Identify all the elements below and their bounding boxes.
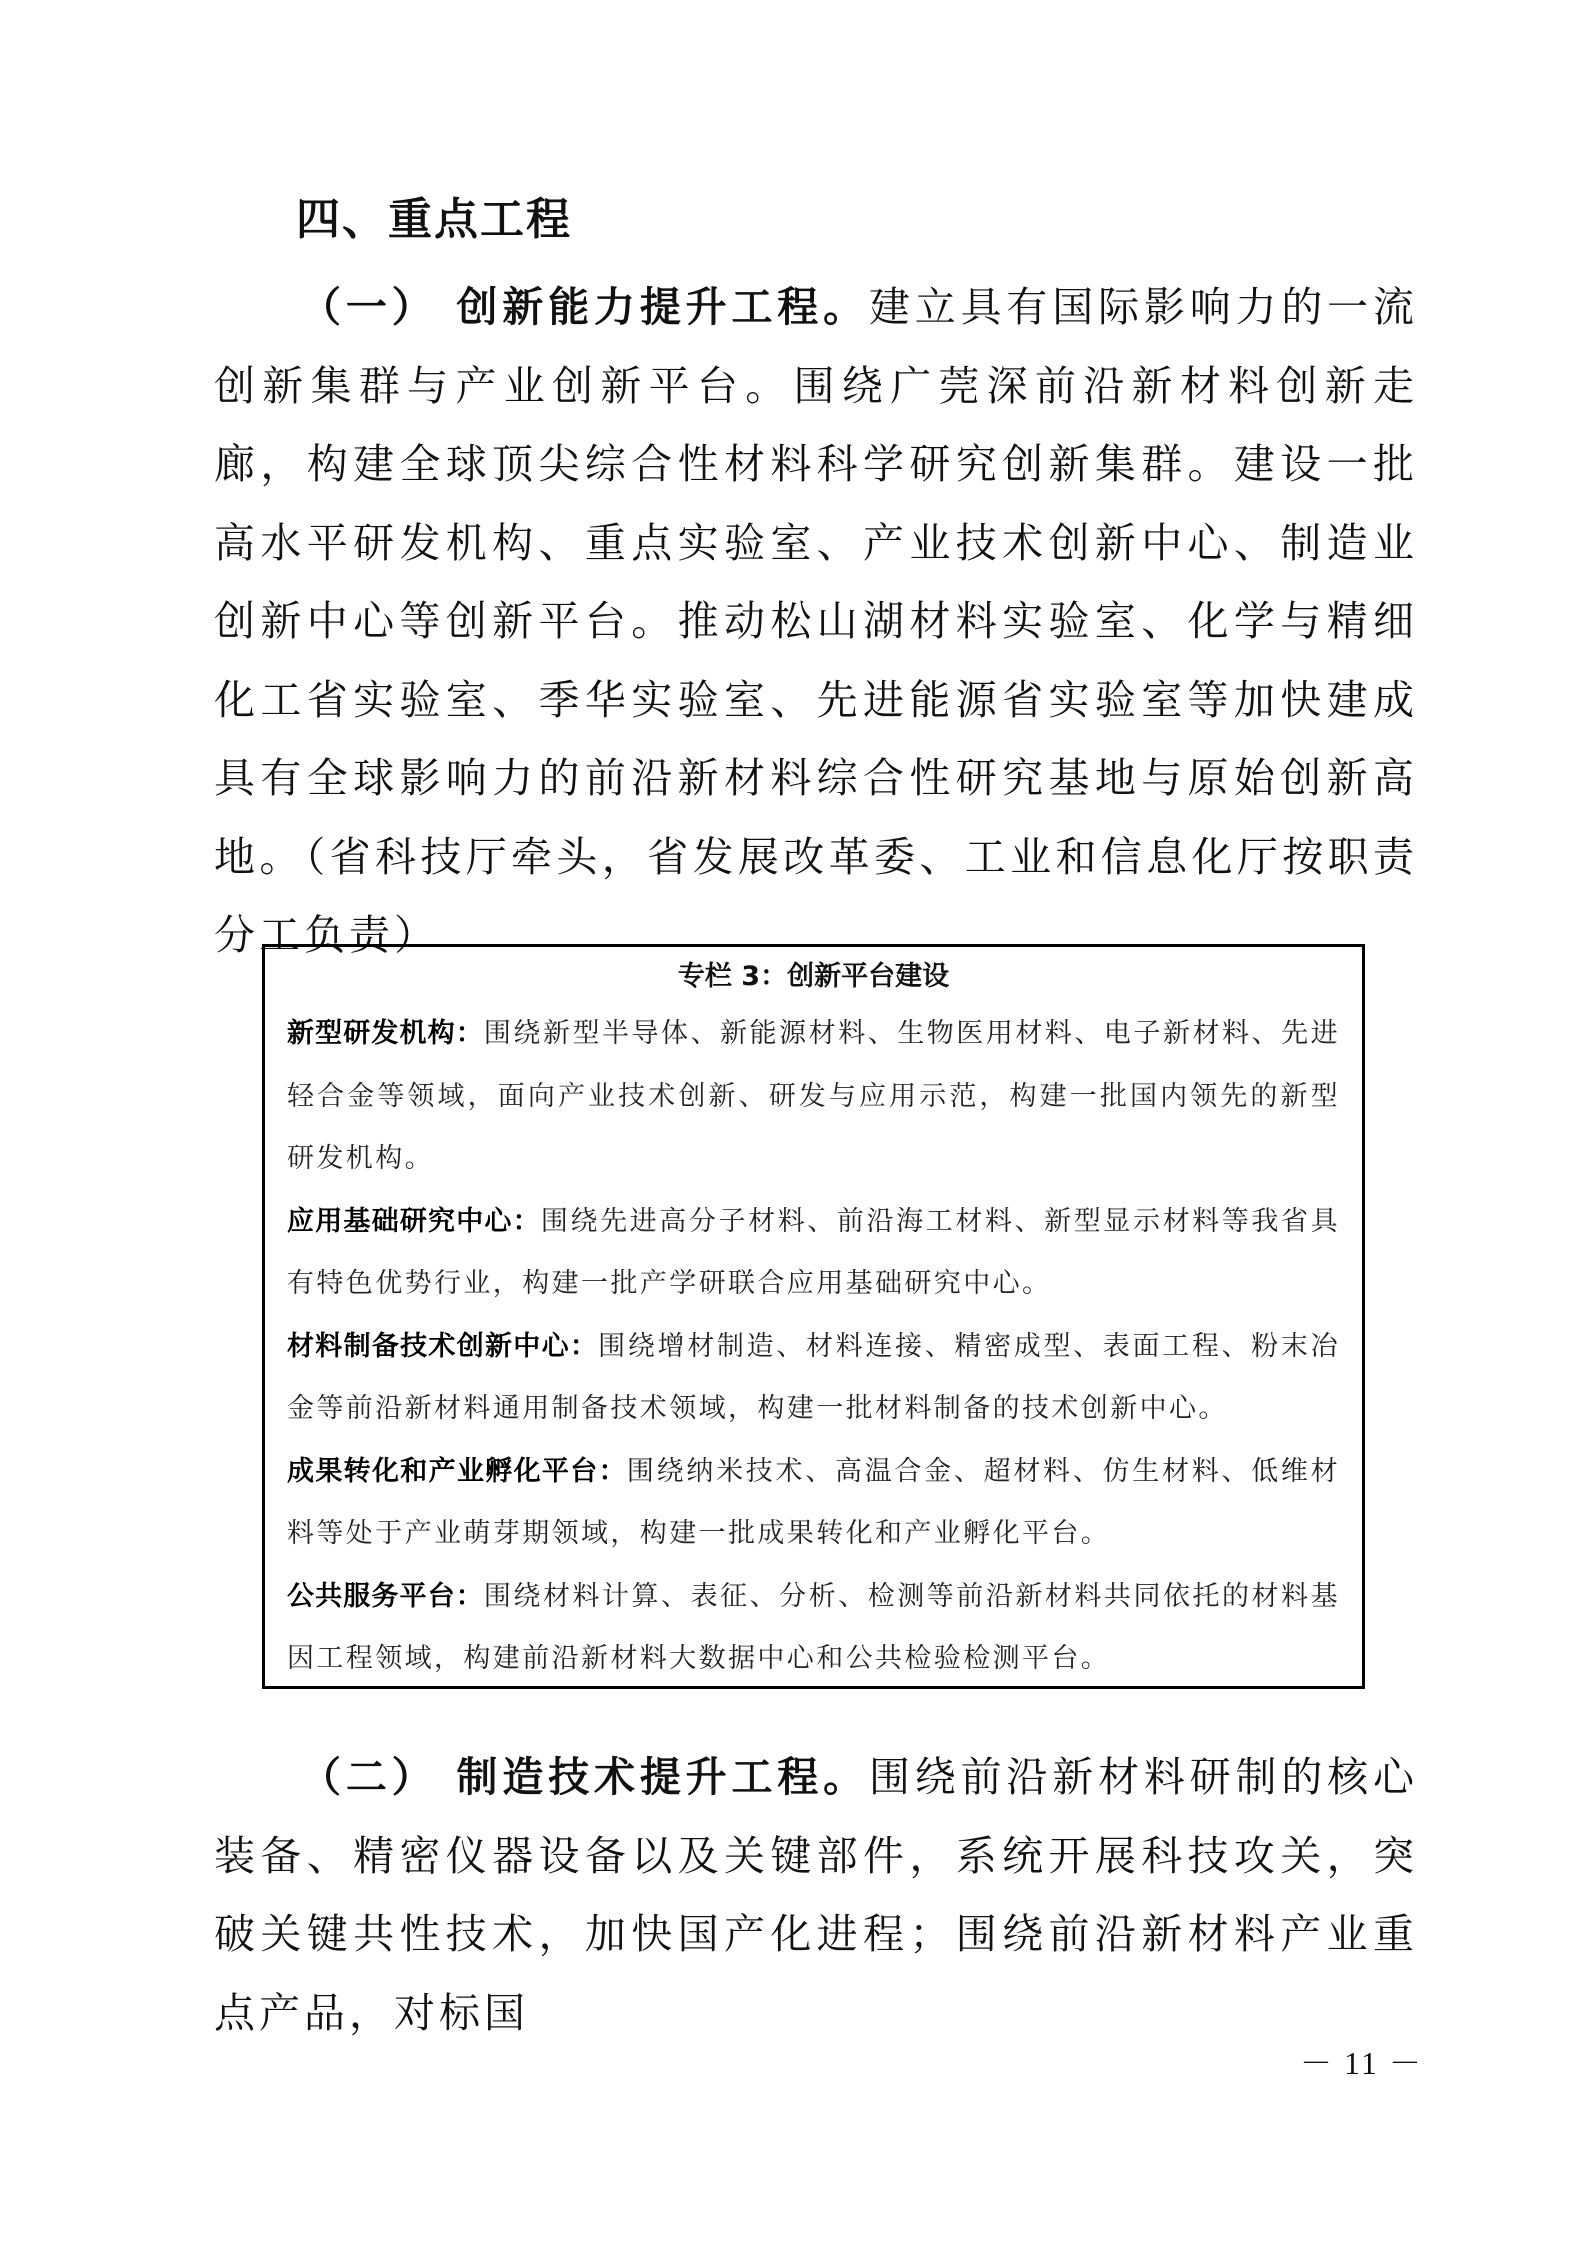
document-page: 四、重点工程 （一） 创新能力提升工程。建立具有国际影响力的一流创新集群与产业创… xyxy=(0,0,1587,2245)
column-box-title: 专栏 3：创新平台建设 xyxy=(287,957,1340,997)
column-item-term: 新型研发机构： xyxy=(287,1018,484,1049)
column-item-public-service-platforms: 公共服务平台：围绕材料计算、表征、分析、检测等前沿新材料共同依托的材料基因工程领… xyxy=(287,1566,1340,1691)
paragraph-body: 建立具有国际影响力的一流创新集群与产业创新平台。围绕广莞深前沿新材料创新走廊，构… xyxy=(214,283,1418,959)
column-item-term: 应用基础研究中心： xyxy=(287,1206,541,1237)
page-number: － 11 － xyxy=(1300,2038,1423,2084)
column-item-term: 公共服务平台： xyxy=(287,1581,484,1612)
column-item-new-rd-institutions: 新型研发机构：围绕新型半导体、新能源材料、生物医用材料、电子新材料、先进轻合金等… xyxy=(287,1003,1340,1191)
paragraph-lead: （一） 创新能力提升工程。 xyxy=(300,283,869,331)
paragraph-manufacturing-tech: （二） 制造技术提升工程。围绕前沿新材料研制的核心装备、精密仪器设备以及关键部件… xyxy=(214,1738,1418,2052)
column-item-term: 成果转化和产业孵化平台： xyxy=(287,1456,627,1487)
column-box: 专栏 3：创新平台建设 新型研发机构：围绕新型半导体、新能源材料、生物医用材料、… xyxy=(262,944,1365,1689)
column-item-preparation-tech-centers: 材料制备技术创新中心：围绕增材制造、材料连接、精密成型、表面工程、粉末冶金等前沿… xyxy=(287,1316,1340,1441)
section-heading: 四、重点工程 xyxy=(296,192,572,248)
column-item-applied-research-centers: 应用基础研究中心：围绕先进高分子材料、前沿海工材料、新型显示材料等我省具有特色优… xyxy=(287,1191,1340,1316)
column-item-incubation-platforms: 成果转化和产业孵化平台：围绕纳米技术、高温合金、超材料、仿生材料、低维材料等处于… xyxy=(287,1441,1340,1566)
paragraph-lead: （二） 制造技术提升工程。 xyxy=(300,1753,869,1801)
paragraph-innovation-capability: （一） 创新能力提升工程。建立具有国际影响力的一流创新集群与产业创新平台。围绕广… xyxy=(214,268,1418,975)
column-item-term: 材料制备技术创新中心： xyxy=(287,1331,598,1362)
